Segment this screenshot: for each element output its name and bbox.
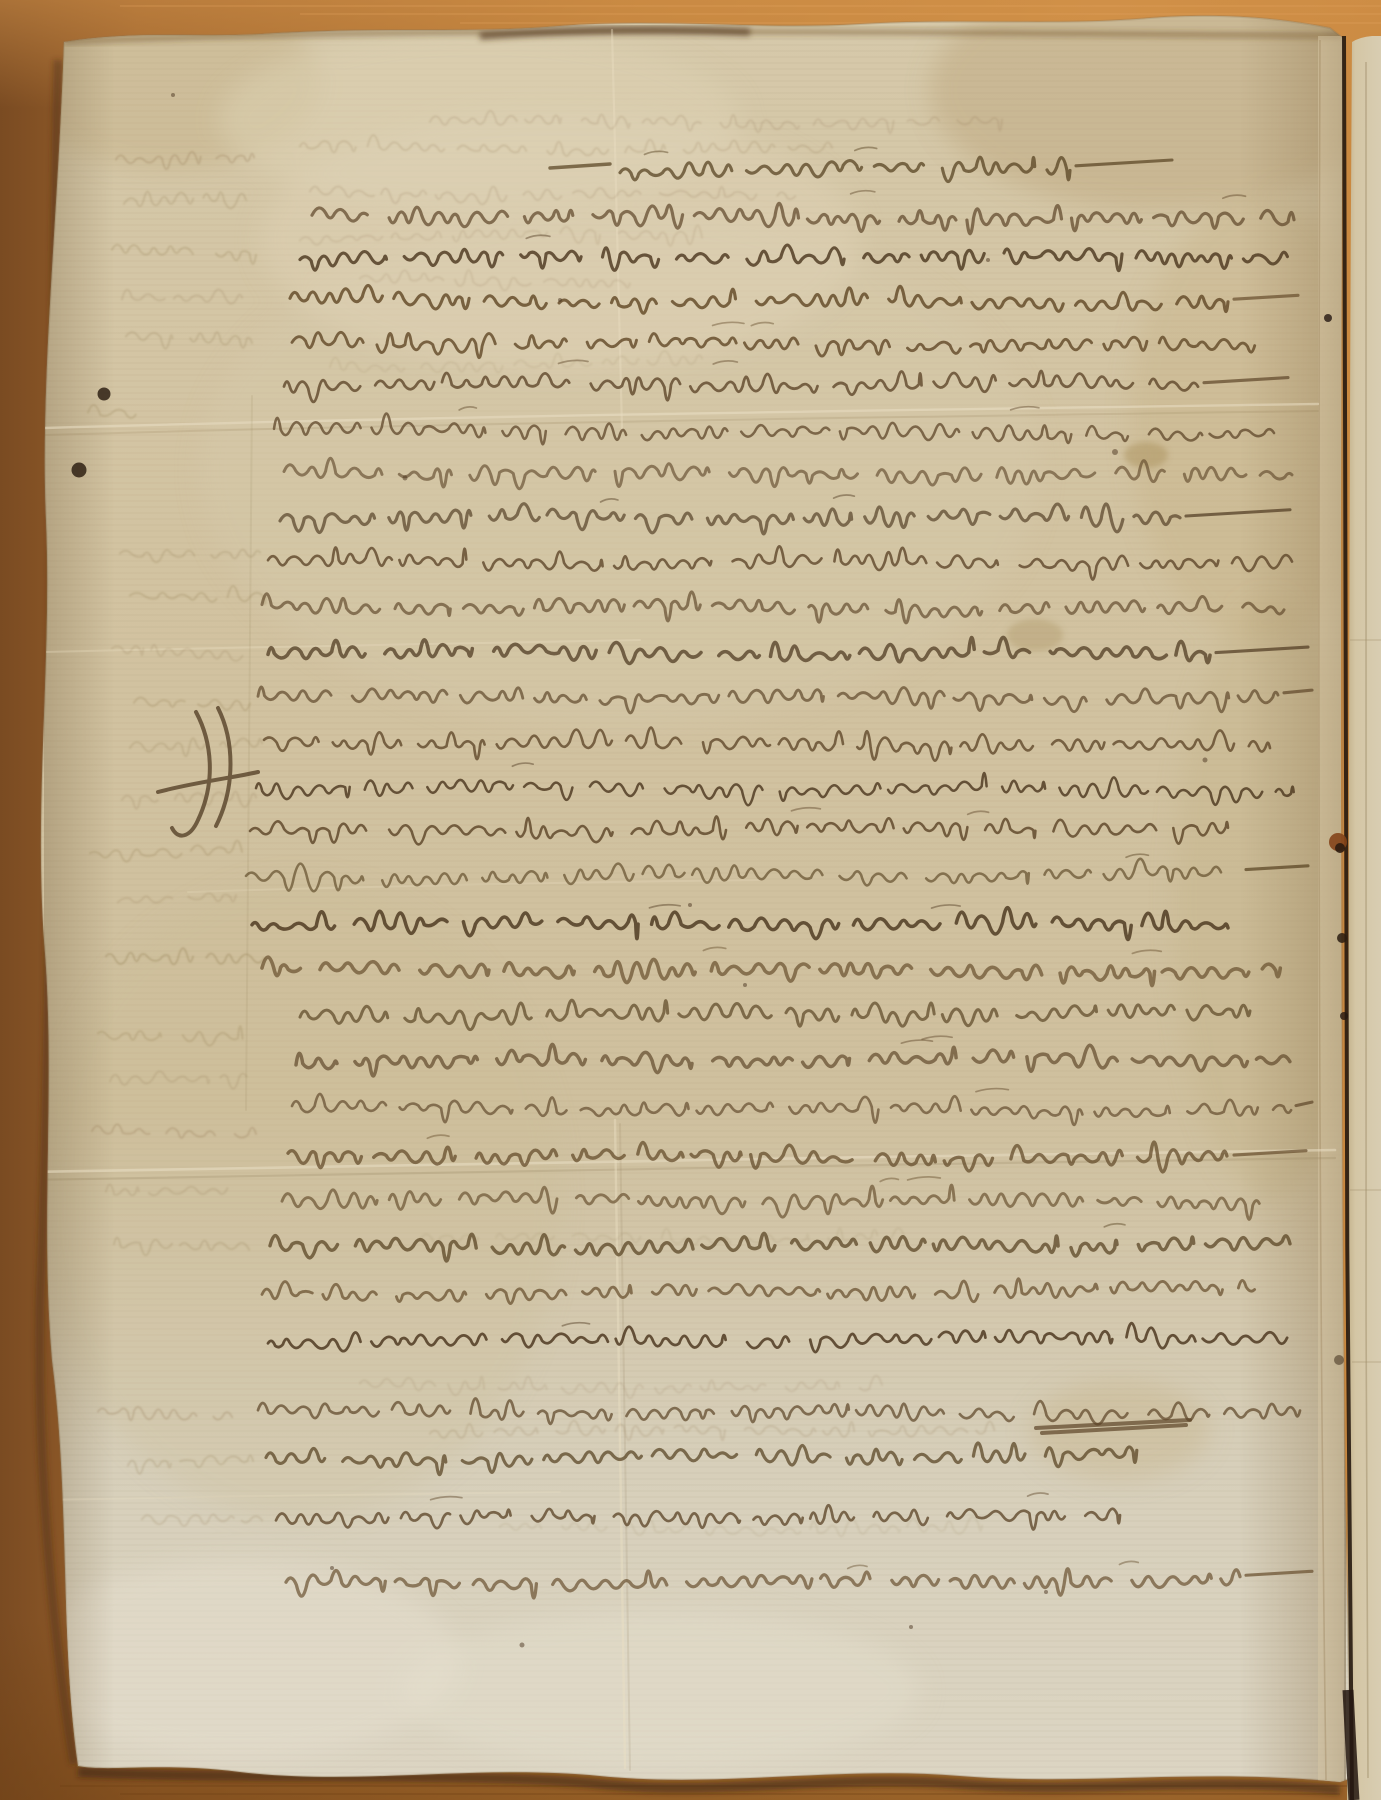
manuscript-page bbox=[0, 0, 1381, 1800]
paper-speck bbox=[909, 1625, 913, 1629]
ink-blob bbox=[98, 388, 111, 401]
paper-speck bbox=[403, 476, 408, 481]
binding-spot bbox=[1337, 933, 1347, 943]
binding-spot bbox=[1334, 1355, 1344, 1365]
fold-edge-band bbox=[1318, 36, 1344, 1796]
paper-speck bbox=[330, 1566, 334, 1570]
paper-speck bbox=[743, 983, 747, 987]
paper-speck bbox=[1112, 449, 1118, 455]
paper-speck bbox=[171, 93, 175, 97]
paper-speck bbox=[986, 258, 990, 262]
binding-spot bbox=[1335, 843, 1345, 853]
ink-blob bbox=[72, 463, 87, 478]
manuscript-photo bbox=[0, 0, 1381, 1800]
paper-speck bbox=[688, 903, 692, 907]
facing-page-edge bbox=[1347, 36, 1381, 1800]
paper-speck bbox=[558, 298, 562, 302]
paper-speck bbox=[1203, 758, 1208, 763]
binding-spot bbox=[1324, 314, 1332, 322]
paper-speck bbox=[520, 1643, 525, 1648]
photo-frame bbox=[0, 0, 1381, 1800]
binding-spot bbox=[1340, 1012, 1348, 1020]
paper-speck bbox=[1044, 1590, 1048, 1594]
